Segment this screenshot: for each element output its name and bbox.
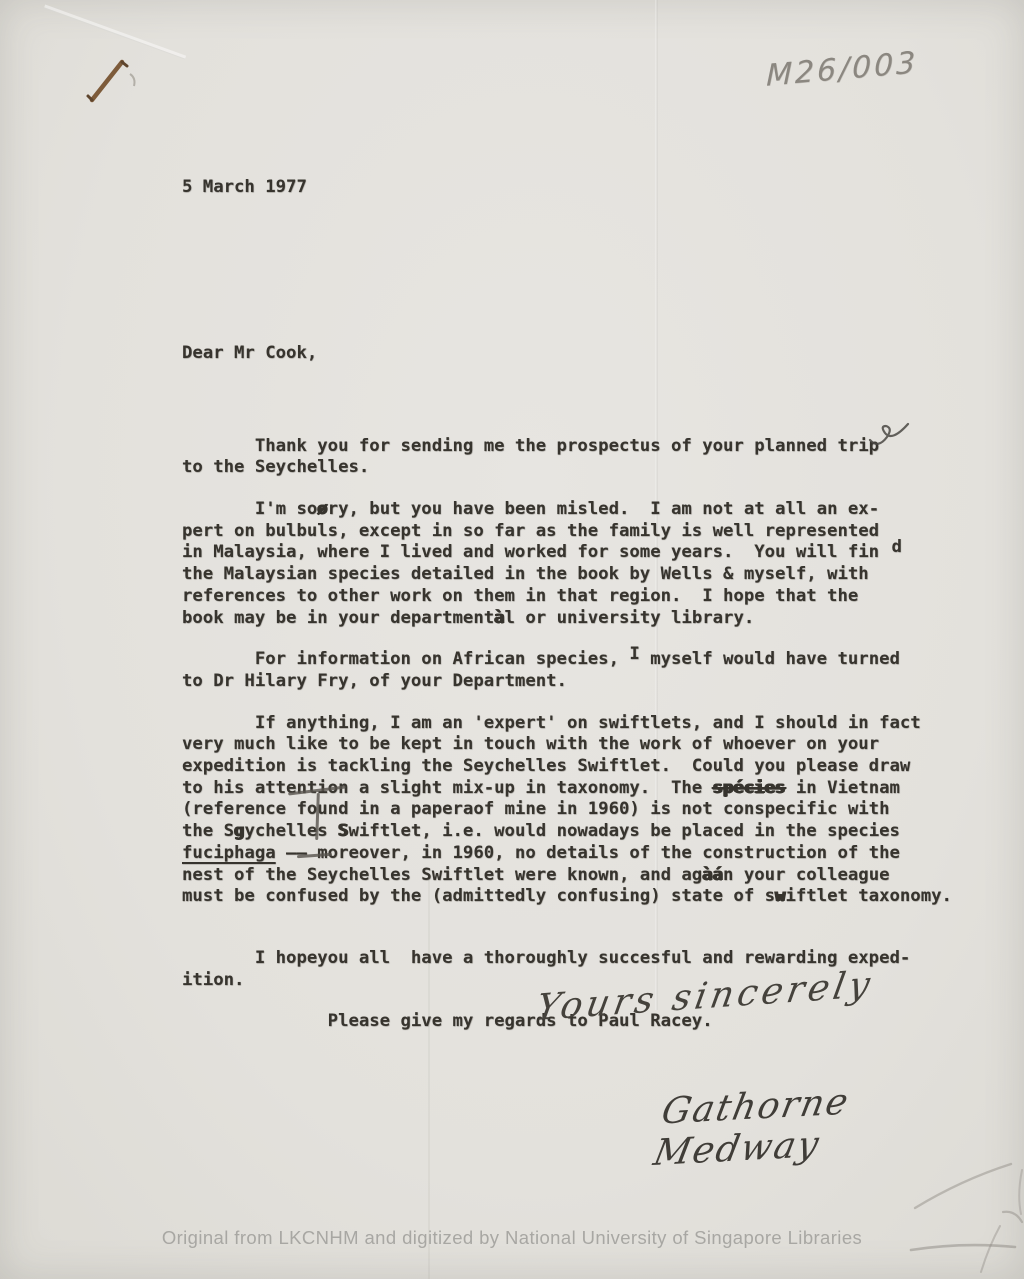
typed-letter-body: 5 March 1977 Dear Mr Cook, Thank you for… bbox=[182, 134, 982, 1077]
paragraph: Thank you for sending me the prospectus … bbox=[182, 436, 982, 479]
typed-line: (reference found in a paperaof mine in 1… bbox=[182, 799, 982, 821]
typed-line: the Sgychelles Swiftlet, i.e. would nowa… bbox=[182, 821, 982, 843]
letter-date: 5 March 1977 bbox=[182, 177, 982, 199]
digitization-credit: Original from LKCNHM and digitized by Na… bbox=[0, 1227, 1024, 1249]
typed-line: fuciphaga —— moreover, in 1960, no detai… bbox=[182, 843, 982, 865]
typed-line: must be confused by the (admittedly conf… bbox=[182, 886, 982, 908]
scanned-letter-page: M26/003 5 March 1977 Dear Mr Cook, Thank… bbox=[0, 0, 1024, 1279]
typed-line: expedition is tackling the Seychelles Sw… bbox=[182, 756, 982, 778]
handwritten-ref-code: M26/003 bbox=[766, 45, 918, 93]
typed-line: For information on African species, I my… bbox=[182, 649, 982, 671]
pencil-caret-loop-icon bbox=[868, 416, 916, 450]
typed-line: If anything, I am an 'expert' on swiftle… bbox=[182, 713, 982, 735]
paragraph: If anything, I am an 'expert' on swiftle… bbox=[182, 713, 982, 908]
typed-line: Thank you for sending me the prospectus … bbox=[182, 436, 982, 458]
typed-line: the Malaysian species detailed in the bo… bbox=[182, 564, 982, 586]
typed-line: I'm soøry, but you have been misled. I a… bbox=[182, 499, 982, 521]
staple-icon bbox=[78, 52, 142, 112]
typed-line: pert on bulbuls, except in so far as the… bbox=[182, 521, 982, 543]
typed-line: references to other work on them in that… bbox=[182, 586, 982, 608]
paragraph: I'm soøry, but you have been misled. I a… bbox=[182, 499, 982, 629]
typed-line: to the Seychelles. bbox=[182, 457, 982, 479]
paragraph: For information on African species, I my… bbox=[182, 649, 982, 692]
typed-line: in Malaysia, where I lived and worked fo… bbox=[182, 542, 982, 564]
typed-line: book may be in your departmentàl or univ… bbox=[182, 608, 982, 630]
typed-line: to Dr Hilary Fry, of your Department. bbox=[182, 671, 982, 693]
typed-line: very much like to be kept in touch with … bbox=[182, 734, 982, 756]
letter-salutation: Dear Mr Cook, bbox=[182, 343, 982, 365]
paragraphs: Thank you for sending me the prospectus … bbox=[182, 436, 982, 1033]
pencil-corner-scribble-icon bbox=[903, 1150, 1024, 1279]
typed-line: to his attention a slight mix-up in taxo… bbox=[182, 778, 982, 800]
typed-line: nest of the Seychelles Swiftlet were kno… bbox=[182, 865, 982, 887]
